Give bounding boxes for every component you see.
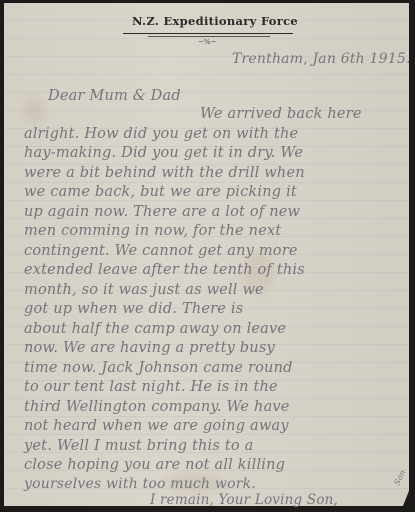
body-line: yet. Well I must bring this to a (24, 438, 253, 454)
body-line: not heard when we are going away (24, 418, 289, 434)
dateline: Trentham, Jan 6th 1915. (232, 51, 411, 67)
body-line: month, so it was just as well we (24, 282, 264, 298)
body-line: contingent. We cannot get any more (24, 243, 298, 259)
body-line: hay-making. Did you get it in dry. We (24, 145, 303, 161)
body-line: third Wellington company. We have (24, 399, 290, 415)
body-line: to our tent last night. He is in the (24, 379, 278, 395)
letterhead-title: N.Z. Expeditionary Force (120, 14, 310, 28)
body-line: were a bit behind with the drill when (24, 165, 305, 181)
salutation: Dear Mum & Dad (48, 88, 181, 104)
body-line: got up when we did. There is (24, 301, 243, 317)
body-line: we came back, but we are picking it (24, 184, 297, 200)
body-line: time now. Jack Johnson came round (24, 360, 293, 376)
closing: I remain, Your Loving Son, (150, 492, 338, 508)
body-line: up again now. There are a lot of new (24, 204, 300, 220)
body-line: now. We are having a pretty busy (24, 340, 275, 356)
body-line: yourselves with too much work. (24, 476, 256, 492)
body-line: alright. How did you get on with the (24, 126, 298, 142)
body-line: men comming in now, for the next (24, 223, 281, 239)
body-line: extended leave after the tenth of this (24, 262, 305, 278)
letterhead-rule (148, 36, 270, 37)
body-line: about half the camp away on leave (24, 321, 286, 337)
letterhead-rule (123, 33, 293, 34)
body-line: close hoping you are not all killing (24, 457, 285, 473)
letterhead-ornament-icon: ~%~ (198, 38, 216, 46)
paper-stain (24, 98, 44, 123)
body-line: We arrived back here (200, 106, 362, 122)
